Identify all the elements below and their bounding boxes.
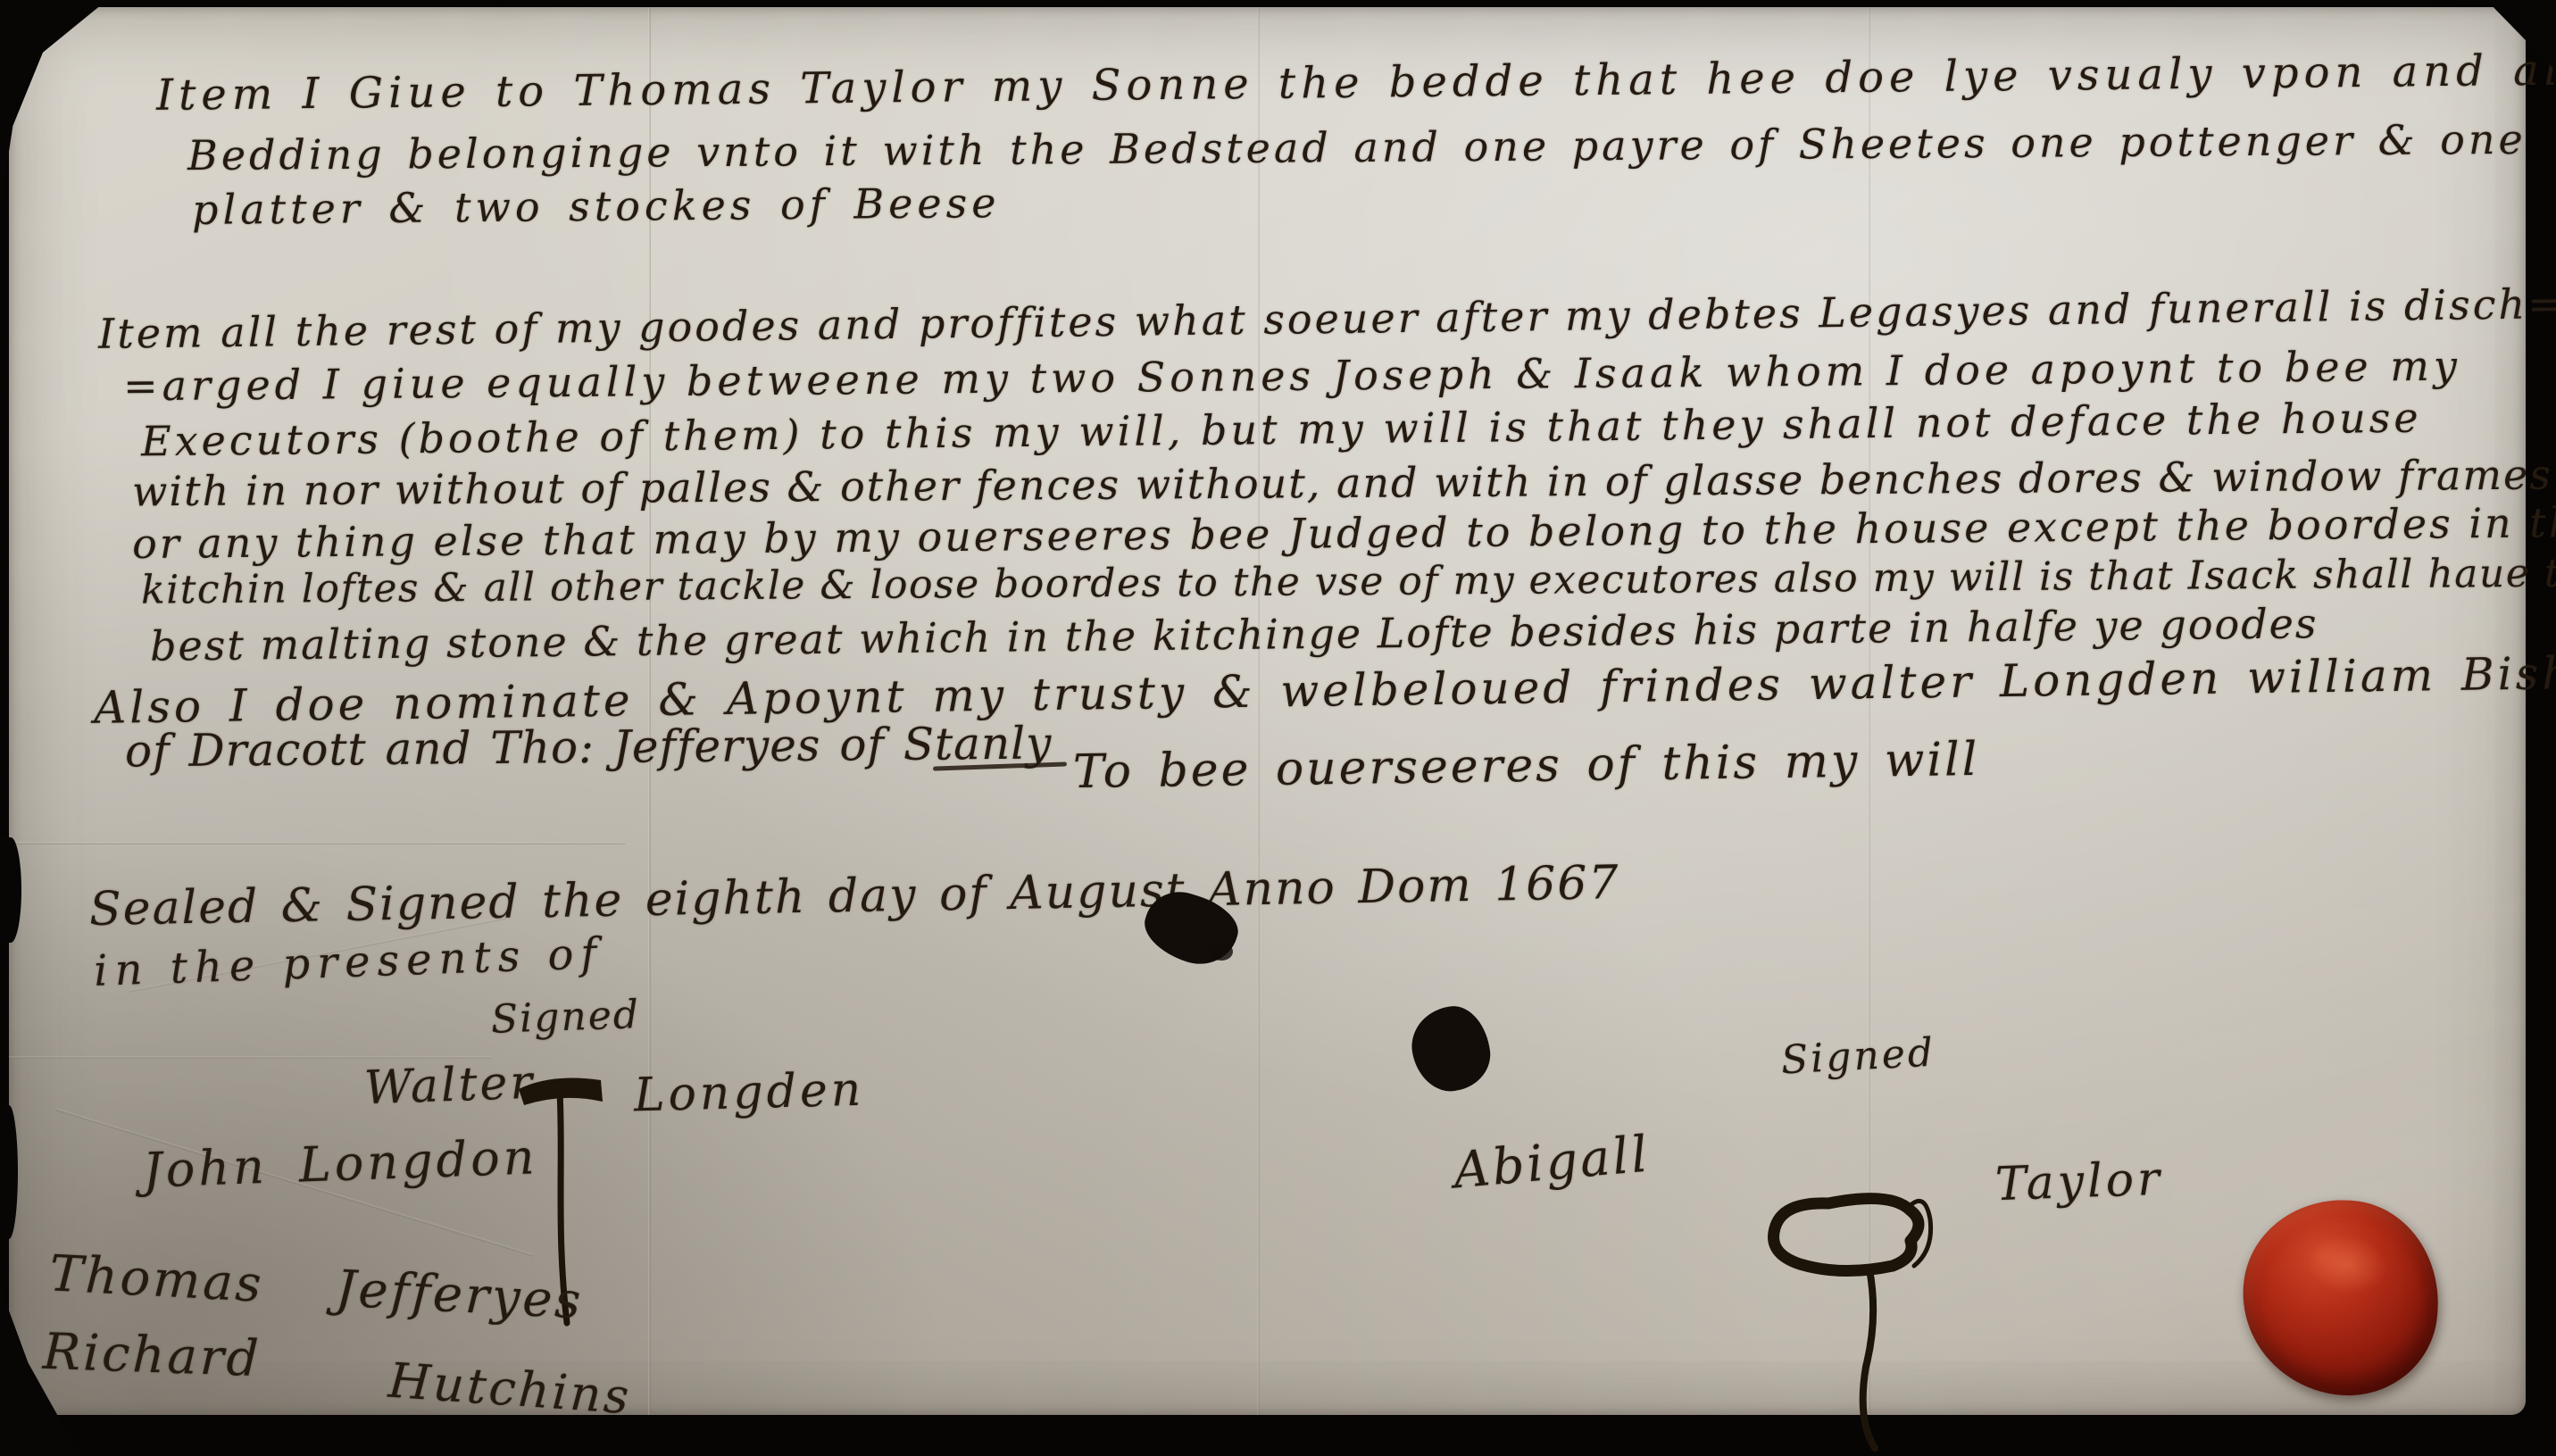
torn-edge	[0, 837, 21, 943]
testator-surname: Taylor	[1994, 1152, 2164, 1212]
execution-date-line: Sealed & Signed the eighth day of August…	[89, 856, 1620, 936]
ink-blot	[1405, 1001, 1495, 1097]
execution-presence-line: in the presents of	[93, 928, 604, 996]
wax-seal-highlight	[2302, 1230, 2393, 1300]
testator-forename: Abigall	[1452, 1126, 1653, 1201]
witness-signature-longden: Longden	[633, 1063, 865, 1123]
ink-blot	[1210, 943, 1233, 961]
witness-signature-john-longdon: John Longdon	[142, 1128, 538, 1198]
witness-signature-hutchins: Hutchins	[387, 1352, 633, 1426]
witness-signed-label: Signed	[490, 992, 641, 1043]
paper-crease	[9, 842, 625, 844]
witness-signature-richard: Richard	[42, 1323, 262, 1388]
bequest-line: Item I Giue to Thomas Taylor my Sonne th…	[156, 44, 2556, 121]
will-document-paper: Item I Giue to Thomas Taylor my Sonne th…	[9, 7, 2526, 1415]
wax-seal	[2230, 1187, 2452, 1407]
testator-mark-icon	[1757, 1157, 1967, 1456]
witness-signature-thomas-jefferyes: Thomas Jefferyes	[48, 1244, 585, 1330]
bequest-line: platter & two stockes of Beese	[192, 179, 1001, 234]
residue-line: of Dracott and Tho: Jefferyes of Stanly	[125, 717, 1053, 777]
paper-crease	[9, 1056, 491, 1059]
overseers-closing-line: To bee ouerseeres of this my will	[1073, 733, 1980, 799]
torn-edge	[0, 1105, 18, 1239]
bequest-line: Bedding belonginge vnto it with the Beds…	[187, 115, 2527, 179]
testator-signed-label: Signed	[1780, 1030, 1936, 1084]
photo-background: Item I Giue to Thomas Taylor my Sonne th…	[0, 0, 2556, 1456]
witness-signature-walter: Walter	[363, 1056, 536, 1116]
